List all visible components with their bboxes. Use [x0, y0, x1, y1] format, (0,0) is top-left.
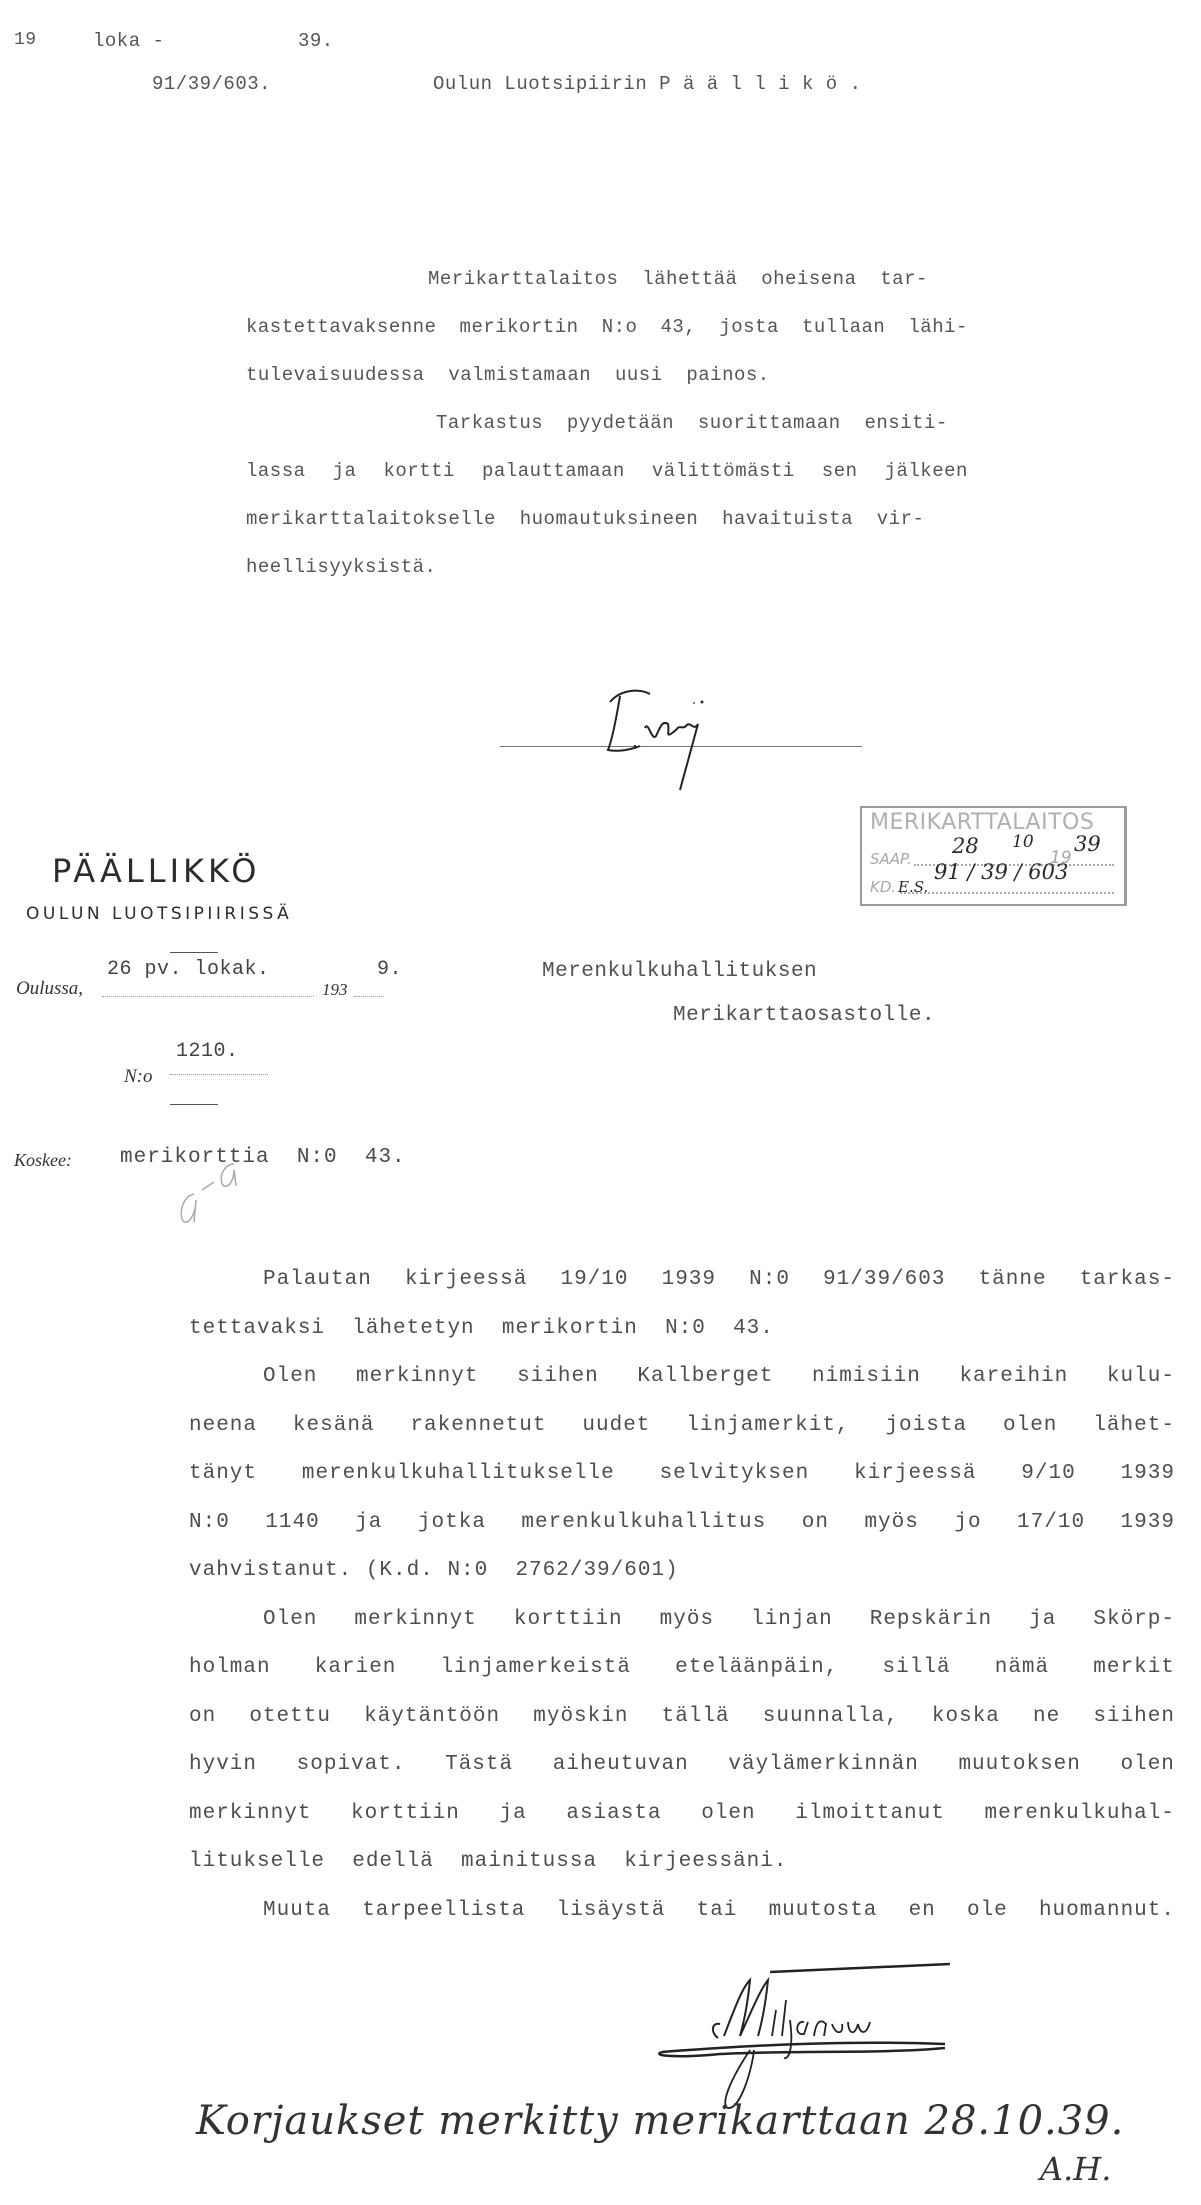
- letter-date: 26 pv. lokak.: [107, 958, 270, 981]
- memo-paragraph-line: tulevaisuudessa valmistamaan uusi painos…: [246, 364, 770, 386]
- reply-line: neenakesänärakennetutuudetlinjamerkit,jo…: [189, 1414, 1175, 1437]
- signature-memo: [590, 680, 770, 800]
- date-dotted-line: [102, 996, 314, 997]
- recipient-line1: Merenkulkuhallituksen: [542, 960, 817, 983]
- letterhead-divider-top: [170, 952, 218, 953]
- reply-line: merkinnytkorttiinjaasiastaolenilmoittanu…: [189, 1802, 1175, 1825]
- year-suffix: 9.: [377, 958, 402, 981]
- reply-line: vahvistanut. (K.d. N:0 2762/39/601): [189, 1559, 679, 1582]
- letterhead-divider-bottom: [170, 1104, 218, 1105]
- stamp-kd-initials: E.S.: [898, 878, 928, 896]
- memo-paragraph-line: Tarkastus pyydetään suorittamaan ensiti-: [436, 412, 948, 434]
- reply-line: OlenmerkinnytsiihenKallbergetnimisiinkar…: [263, 1365, 1175, 1388]
- memo-paragraph-line: kastettavaksennemerikortinN:o43,jostatul…: [246, 316, 968, 338]
- memo-paragraph-line: Merikarttalaitos lähettää oheisena tar-: [428, 268, 928, 290]
- stamp-title: MERIKARTTALAITOS: [870, 810, 1094, 835]
- memo-paragraph-line: merikarttalaitokselle huomautuksineen ha…: [246, 508, 924, 530]
- place-label: Oulussa,: [16, 978, 83, 1000]
- handwritten-initials: A.H.: [1040, 2150, 1111, 2188]
- stamp-saap-year: 39: [1074, 832, 1101, 856]
- reply-line: Muutatarpeellistalisäystätaimuutostaenol…: [263, 1899, 1175, 1922]
- year-prefix: 193: [322, 980, 348, 1000]
- memo-date-year: 39.: [298, 30, 334, 52]
- subject-label: Koskee:: [14, 1150, 72, 1171]
- reply-line: holmankarienlinjamerkeistäeteläänpäin,si…: [189, 1656, 1175, 1679]
- stamp-saap-month: 10: [1012, 832, 1034, 852]
- received-stamp: MERIKARTTALAITOS SAAP. 28 10 19 39 KD. E…: [860, 806, 1127, 906]
- letter-number: 1210.: [176, 1040, 239, 1063]
- margin-note-pencil: [168, 1150, 288, 1230]
- stamp-kd-dots: [900, 892, 1114, 894]
- reply-line: Palautankirjeessä19/101939N:091/39/603tä…: [263, 1268, 1175, 1291]
- reply-line: tänytmerenkulkuhallitukselleselvityksenk…: [189, 1462, 1175, 1485]
- year-dotted-line: [354, 996, 384, 997]
- signature-reply: [640, 1960, 980, 2110]
- memo-ref-number: 91/39/603.: [152, 73, 271, 95]
- number-dotted-line: [170, 1074, 268, 1075]
- stamp-kd-number: 91 / 39 / 603: [934, 860, 1068, 884]
- memo-paragraph-line: heellisyyksistä.: [246, 556, 436, 578]
- letterhead-title: PÄÄLLIKKÖ: [52, 852, 260, 890]
- number-label: N:o: [124, 1066, 153, 1088]
- stamp-kd-label: KD.: [870, 878, 896, 896]
- reply-line: hyvinsopivat.Tästäaiheutuvanväylämerkinn…: [189, 1753, 1175, 1776]
- stamp-saap-label: SAAP.: [870, 850, 912, 868]
- reply-line: OlenmerkinnytkorttiinmyöslinjanRepskärin…: [263, 1608, 1175, 1631]
- memo-date-month: loka -: [93, 30, 164, 52]
- recipient-line2: Merikarttaosastolle.: [673, 1004, 935, 1027]
- reply-line: litukselle edellä mainitussa kirjeessäni…: [189, 1850, 788, 1873]
- memo-addressee: Oulun Luotsipiirin P ä ä l l i k ö .: [433, 73, 861, 95]
- letterhead-subtitle: OULUN LUOTSIPIIRISSÄ: [26, 904, 292, 924]
- memo-date-day: 19: [14, 30, 37, 50]
- handwritten-note: Korjaukset merkitty merikarttaan 28.10.3…: [196, 2098, 1124, 2144]
- reply-line: N:01140jajotkamerenkulkuhallitusonmyösjo…: [189, 1511, 1175, 1534]
- memo-paragraph-line: lassajakorttipalauttamaanvälittömästisen…: [246, 460, 968, 482]
- reply-line: tettavaksi lähetetyn merikortin N:0 43.: [189, 1317, 774, 1340]
- reply-line: onotettukäytäntöönmyöskintälläsuunnalla,…: [189, 1705, 1175, 1728]
- stamp-saap-day: 28: [952, 834, 979, 858]
